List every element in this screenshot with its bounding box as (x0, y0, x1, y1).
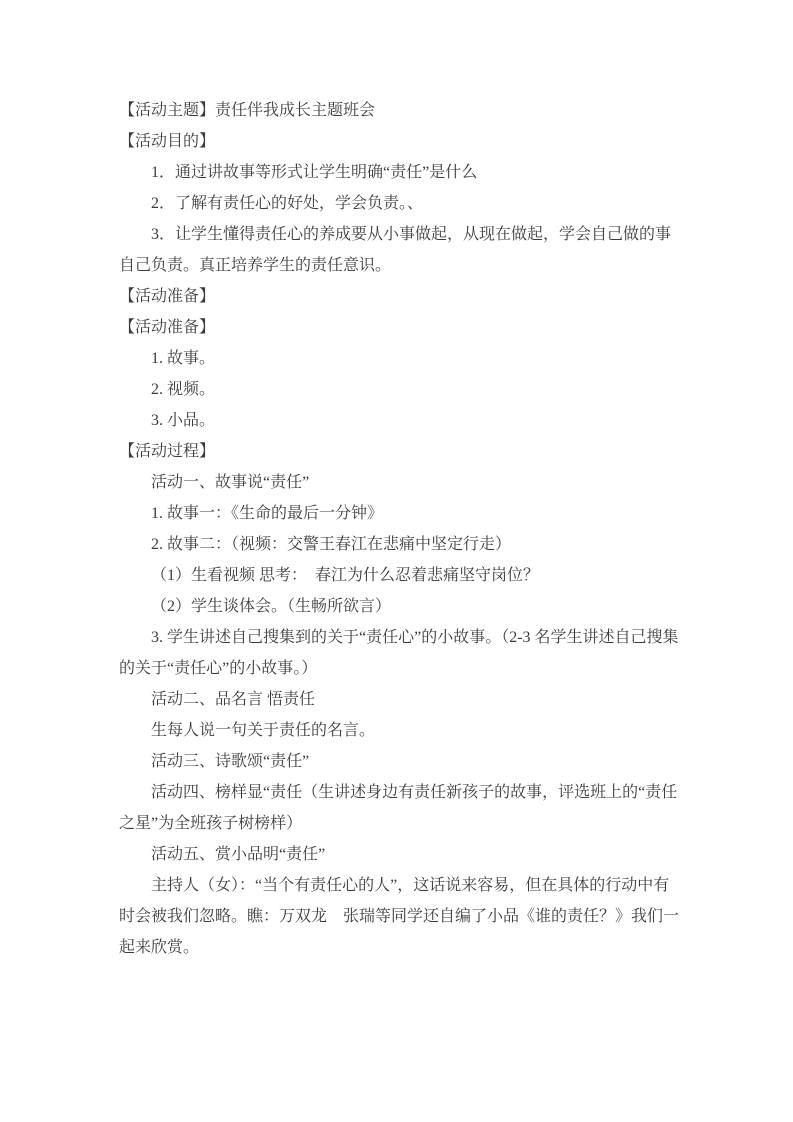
doc-paragraph: 活动三、诗歌颂“责任” (119, 746, 683, 777)
doc-paragraph: 2．了解有责任心的好处，学会负责。、 (119, 188, 683, 219)
doc-paragraph: 3. 小品。 (119, 405, 683, 436)
doc-heading: 【活动准备】 (119, 281, 683, 312)
document-page: 【活动主题】责任伴我成长主题班会【活动目的】1．通过讲故事等形式让学生明确“责任… (0, 0, 793, 1122)
doc-paragraph: 2. 视频。 (119, 374, 683, 405)
doc-paragraph: 主持人（女）：“当个有责任心的人”，这话说来容易，但在具体的行动中有时会被我们忽… (119, 870, 683, 963)
doc-paragraph: 活动二、品名言 悟责任 (119, 684, 683, 715)
doc-paragraph: （1）生看视频 思考： 春江为什么忍着悲痛坚守岗位？ (119, 560, 683, 591)
doc-heading: 【活动过程】 (119, 436, 683, 467)
doc-paragraph: 1. 故事一：《生命的最后一分钟》 (119, 498, 683, 529)
doc-paragraph: 活动五、赏小品明“责任” (119, 839, 683, 870)
doc-paragraph: 生每人说一句关于责任的名言。 (119, 715, 683, 746)
doc-paragraph: 1．通过讲故事等形式让学生明确“责任”是什么 (119, 157, 683, 188)
doc-heading: 【活动准备】 (119, 312, 683, 343)
doc-paragraph: 3. 学生讲述自己搜集到的关于“责任心”的小故事。（2-3 名学生讲述自己搜集的… (119, 622, 683, 684)
doc-paragraph: （2）学生谈体会。（生畅所欲言） (119, 591, 683, 622)
doc-paragraph: 2. 故事二：（视频：交警王春江在悲痛中坚定行走） (119, 529, 683, 560)
doc-heading: 【活动主题】责任伴我成长主题班会 (119, 95, 683, 126)
doc-paragraph: 1. 故事。 (119, 343, 683, 374)
doc-paragraph: 活动一、故事说“责任” (119, 467, 683, 498)
doc-heading: 【活动目的】 (119, 126, 683, 157)
doc-paragraph: 3．让学生懂得责任心的养成要从小事做起，从现在做起，学会自己做的事自己负责。真正… (119, 219, 683, 281)
doc-paragraph: 活动四、榜样显“责任（生讲述身边有责任新孩子的故事，评选班上的“责任之星”为全班… (119, 777, 683, 839)
